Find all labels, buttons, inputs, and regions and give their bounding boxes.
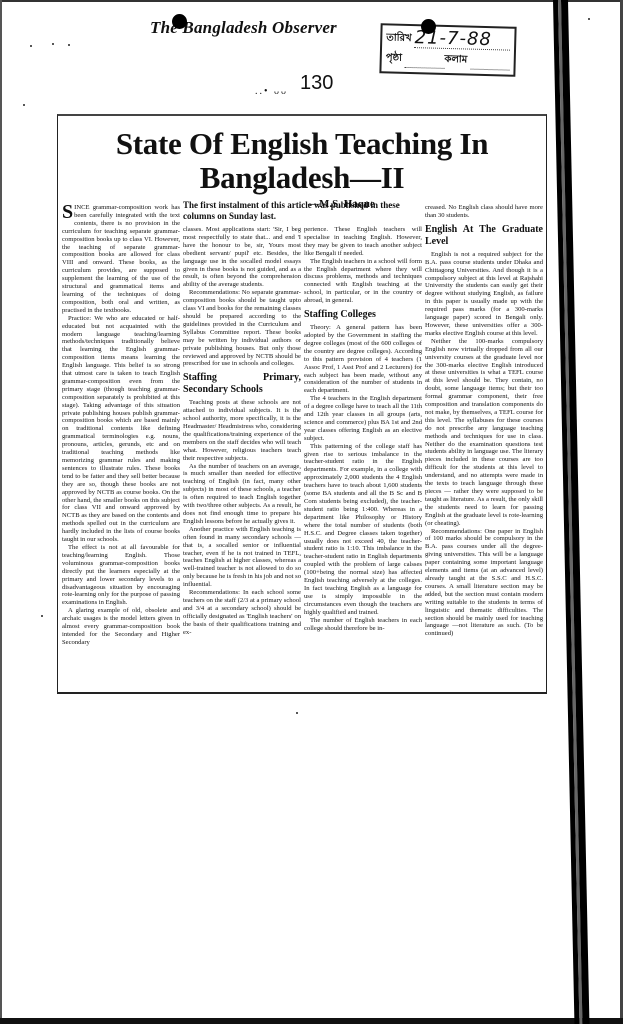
article-paragraph: As the number of teachers on an average,… <box>183 463 301 526</box>
stamp-column-label: কলাম <box>444 52 467 70</box>
article-intro-note: The first instalment of this article was… <box>183 200 418 222</box>
article-paragraph: Recommendations: No separate grammar-com… <box>183 289 301 368</box>
scan-top-edge <box>0 0 623 2</box>
article-paragraph: Practice: We who are educated or half-ed… <box>62 315 180 544</box>
section-heading: Staffing Primary, Secondary Schools <box>183 372 301 396</box>
article-title-line-2: Bangladesh—II <box>58 160 546 196</box>
article-column-1: SINCE grammar-composition work has been … <box>62 204 180 647</box>
article-paragraph: English is not a required subject for th… <box>425 251 543 338</box>
page-number: 130 <box>300 72 333 95</box>
section-heading: Staffing Colleges <box>304 309 422 321</box>
article-paragraph: Teaching posts at these schools are not … <box>183 399 301 462</box>
section-heading: English At The Graduate Level <box>425 224 543 248</box>
scan-left-edge <box>0 0 2 1024</box>
article-paragraph: A glaring example of old, obsolete and a… <box>62 607 180 647</box>
article-paragraph: The effect is not at all favourable for … <box>62 544 180 607</box>
article-paragraph: Theory: A general pattern has been adopt… <box>304 324 422 395</box>
article-paragraph: Neither the 100-marks compulsory English… <box>425 338 543 528</box>
page-number-marks: ..• ᴗᴗ <box>255 86 288 97</box>
article-column-2: classes. Most applications start: 'Sir, … <box>183 226 301 637</box>
punch-hole-icon <box>421 19 436 34</box>
article-paragraph: Recommendations: In each school some tea… <box>183 589 301 636</box>
stamp-page-label: পৃষ্ঠা <box>386 50 403 67</box>
article-frame: State Of English Teaching In Bangladesh—… <box>57 114 547 694</box>
stamp-date-label: তারিখ <box>386 30 412 48</box>
article-paragraph: classes. Most applications start: 'Sir, … <box>183 226 301 289</box>
scan-bottom-edge <box>0 1018 623 1024</box>
article-paragraph: Another practice with English teaching i… <box>183 526 301 589</box>
punch-hole-icon <box>172 14 187 29</box>
article-paragraph: Recommendations: One paper in English of… <box>425 528 543 639</box>
article-paragraph: The number of English teachers in each c… <box>304 617 422 633</box>
archive-date-stamp: তারিখ 21-7-88 পৃষ্ঠা কলাম <box>379 23 516 77</box>
stamp-page-blank <box>405 57 445 69</box>
article-title-line-1: State Of English Teaching In <box>58 126 546 162</box>
article-paragraph: The 4 teachers in the English department… <box>304 395 422 442</box>
article-paragraph: SINCE grammar-composition work has been … <box>62 204 180 315</box>
article-column-4: creased. No English class should have mo… <box>425 204 543 638</box>
article-paragraph: creased. No English class should have mo… <box>425 204 543 220</box>
article-paragraph: This patterning of the college staff has… <box>304 443 422 617</box>
drop-cap: S <box>62 204 73 220</box>
stamp-column-blank <box>470 59 510 71</box>
article-column-3: perience. These English teachers will sp… <box>304 226 422 632</box>
article-paragraph: The English teachers in a school will fo… <box>304 258 422 305</box>
article-paragraph: perience. These English teachers will sp… <box>304 226 422 258</box>
